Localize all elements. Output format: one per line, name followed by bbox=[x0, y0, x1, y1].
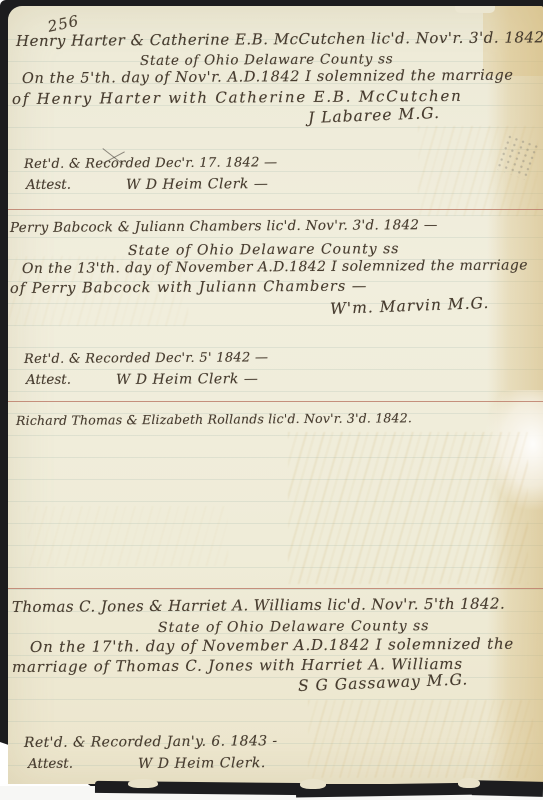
return1-clerk-signature: W D Heim Clerk — bbox=[126, 176, 268, 193]
paper-top-notch bbox=[455, 6, 495, 13]
entry2-body-line1: On the 13'th. day of November A.D.1842 I… bbox=[22, 257, 528, 277]
return1-recorded-line: Ret'd. & Recorded Dec'r. 17. 1842 — bbox=[24, 155, 277, 172]
return4-recorded-line: Ret'd. & Recorded Jan'y. 6. 1843 - bbox=[24, 733, 278, 751]
entry3-heading: Richard Thomas & Elizabeth Rollands lic'… bbox=[16, 410, 412, 428]
paper-repair-blotch bbox=[485, 390, 543, 510]
entry1-heading: Henry Harter & Catherine E.B. McCutchen … bbox=[16, 28, 543, 50]
entry2-heading: Perry Babcock & Juliann Chambers lic'd. … bbox=[10, 217, 438, 236]
entry1-jurisdiction: State of Ohio Delaware County ss bbox=[140, 51, 393, 69]
red-rule-2 bbox=[8, 401, 543, 402]
entry1-body-line1: On the 5'th. day of Nov'r. A.D.1842 I so… bbox=[22, 68, 514, 87]
entry4-heading: Thomas C. Jones & Harriet A. Williams li… bbox=[12, 595, 505, 616]
return4-attest-label: Attest. bbox=[28, 756, 73, 772]
return2-attest-label: Attest. bbox=[26, 372, 71, 388]
entry4-jurisdiction: State of Ohio Delaware County ss bbox=[158, 618, 430, 636]
torn-paper-bump bbox=[300, 779, 326, 789]
ink-bleedthrough bbox=[28, 506, 228, 566]
torn-paper-bump bbox=[128, 779, 158, 788]
torn-paper-bump bbox=[458, 778, 480, 788]
entry2-minister-signature: W'm. Marvin M.G. bbox=[330, 294, 490, 318]
entry2-jurisdiction: State of Ohio Delaware County ss bbox=[128, 241, 400, 259]
return2-clerk-signature: W D Heim Clerk — bbox=[116, 371, 258, 388]
red-rule-3 bbox=[8, 588, 543, 589]
return2-recorded-line: Ret'd. & Recorded Dec'r. 5' 1842 — bbox=[24, 350, 268, 367]
torn-edge-fragment bbox=[95, 781, 305, 795]
return1-attest-label: Attest. bbox=[26, 177, 71, 193]
entry1-minister-signature: J Labaree M.G. bbox=[308, 104, 441, 127]
return4-clerk-signature: W D Heim Clerk. bbox=[138, 755, 266, 772]
red-rule-1 bbox=[8, 209, 543, 210]
ledger-paper: 256 Henry Harter & Catherine E.B. McCutc… bbox=[8, 6, 543, 784]
entry4-body-line1: On the 17'th. day of November A.D.1842 I… bbox=[30, 635, 514, 656]
entry4-minister-signature: S G Gassaway M.G. bbox=[298, 670, 469, 695]
torn-edge-fragment bbox=[472, 780, 543, 797]
scanned-ledger-page: 256 Henry Harter & Catherine E.B. McCutc… bbox=[0, 0, 543, 800]
entry2-body-line2: of Perry Babcock with Juliann Chambers — bbox=[10, 279, 367, 297]
